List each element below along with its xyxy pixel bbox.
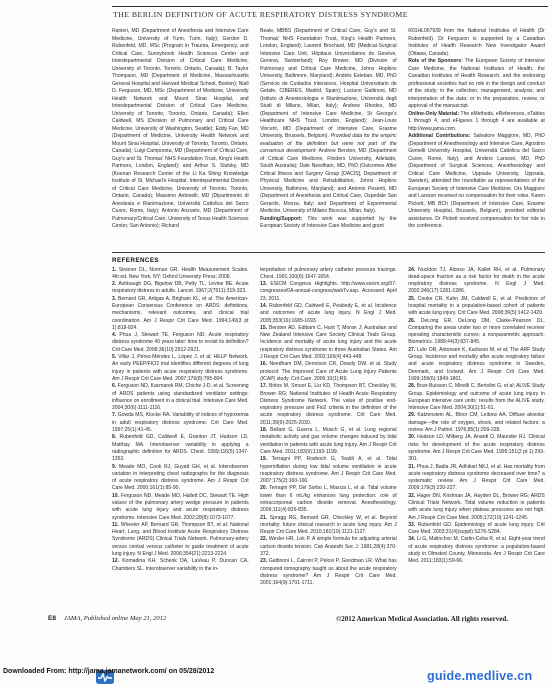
funding-support-continued: R01HL067939 from the National Institutes… [408, 28, 545, 57]
reference-item: 7. Gowda MS, Klocke RA. Variability of i… [112, 412, 249, 434]
reference-number: 16. [260, 361, 269, 367]
reference-number: 6. [112, 383, 118, 389]
reference-number: 5. [112, 354, 118, 360]
affiliations-text: Andrew Bersten, MD (Department of Critic… [260, 148, 397, 214]
affiliations-text: Beale, MBBS (Department of Critical Care… [260, 28, 397, 139]
reference-number: 14. [260, 303, 269, 309]
affiliations-text: Ranieri, MD (Department of Anesthesia an… [112, 28, 249, 229]
reference-item: 31. Phua J, Badia JR, Adhikari NKJ, et a… [408, 464, 545, 493]
reference-item: 15. Bersten AD, Edibam C, Hunt T, Moran … [260, 325, 397, 361]
reference-item: 24. Nuckton TJ, Alonso JA, Kallet RH, et… [408, 267, 545, 296]
reference-number: 12. [112, 558, 122, 564]
reference-item: 26. DeLong ER, DeLong DM, Clarke-Pearson… [408, 318, 545, 347]
reference-number: 34. [408, 536, 417, 542]
reference-item: 16. Needham DM, Dennison CR, Dowdy DW, e… [260, 361, 397, 383]
reference-number: 31. [408, 464, 417, 470]
reference-number: 1. [112, 267, 119, 273]
reference-number: 20. [260, 485, 269, 491]
reference-item: 22. Wexler HR, Lok P. A simple formula f… [260, 536, 397, 558]
running-head-rule [112, 6, 548, 7]
reference-number: 2. [112, 281, 118, 287]
reference-item: 12. Komadina KH, Schenk DA, LaVeau P, Du… [112, 558, 249, 573]
footer-copyright: ©2012 American Medical Association. All … [336, 615, 508, 623]
reference-number: 7. [112, 412, 118, 418]
reference-item: 5. Villar J, Pérez-Méndez L, López J, et… [112, 354, 249, 383]
additional-contributions-text: Salvatore Maggiore, MD, PhD (Department … [408, 133, 545, 229]
online-only-material-label: Online-Only Material: [408, 111, 459, 117]
footer-journal-line: JAMA, Published online May 21, 2012 [64, 615, 166, 622]
role-of-sponsors-text: The European Society of Intensive Care M… [408, 58, 545, 109]
reference-item: 10. Ferguson ND, Meade MO, Hallett DC, S… [112, 493, 249, 522]
reference-number: 9. [112, 464, 119, 470]
reference-item: 27. Luhr OR, Antonsen K, Karlsson M, et … [408, 347, 545, 383]
reference-item: 18. Bellani G, Guerra L, Musch G, et al.… [260, 427, 397, 456]
role-of-sponsors-label: Role of the Sponsors: [408, 58, 463, 64]
downloaded-from-stamp: Downloaded From: http://jama.jamanetwork… [3, 668, 214, 675]
affiliations-column-2: Beale, MBBS (Department of Critical Care… [260, 28, 397, 247]
references-section: 1. Streiner DL, Norman GR. Health Measur… [112, 267, 545, 613]
reference-item: 33. Rubenfeld GD. Epidemiology of acute … [408, 522, 545, 537]
reference-number: 29. [408, 412, 417, 418]
funding-support-label: Funding/Support: [260, 216, 302, 222]
references-heading: REFERENCES [112, 257, 159, 264]
reference-number: 8. [112, 434, 120, 440]
reference-number: 23. [260, 558, 269, 564]
references-column-1: 1. Streiner DL, Norman GR. Health Measur… [112, 267, 249, 613]
running-head: THE BERLIN DEFINITION OF ACUTE RESPIRATO… [113, 10, 549, 19]
reference-item: 20. Terragni PP, Del Sorbo L, Mascia L, … [260, 485, 397, 514]
reference-number: 19. [260, 456, 272, 462]
affiliations-section: Ranieri, MD (Department of Anesthesia an… [112, 28, 545, 247]
additional-contributions-label: Additional Contributions: [408, 133, 470, 139]
reference-number: 32. [408, 493, 417, 499]
reference-number: 11. [112, 522, 121, 528]
reference-item: 21. Spragg RG, Bernard GR, Checkley W, e… [260, 515, 397, 537]
journal-page: THE BERLIN DEFINITION OF ACUTE RESPIRATO… [0, 0, 553, 684]
reference-item: 3. Bernard GR, Artigas A, Brigham KL, et… [112, 296, 249, 332]
reference-number: 22. [260, 536, 269, 542]
reference-item: 19. Terragni PP, Rosboch G, Tealdi A, et… [260, 456, 397, 485]
reference-number: 21. [260, 515, 270, 521]
reference-item: 14. Rubenfeld GD, Caldwell E, Peabody E,… [260, 303, 397, 325]
reference-item: 1. Streiner DL, Norman GR. Health Measur… [112, 267, 249, 282]
reference-number: 24. [408, 267, 418, 273]
reference-number: 15. [260, 325, 269, 331]
reference-number: 18. [260, 427, 270, 433]
reference-item: 6. Ferguson ND, Kacmarek RM, Chiche J-D,… [112, 383, 249, 412]
reference-item: 17. Britos M, Smoot E, Liu KD, Thompson … [260, 383, 397, 427]
reference-item: 23. Gattinoni L, Caironi P, Pelosi P, Go… [260, 558, 397, 587]
reference-number: 4. [112, 332, 119, 338]
reference-number: 33. [408, 522, 418, 528]
reference-item: 25. Cooke CR, Kahn JM, Caldwell E, et al… [408, 296, 545, 318]
reference-item: 29. Katzenstein AL, Bloor CM, Leibow AA.… [408, 412, 545, 434]
reference-number: 28. [408, 383, 417, 389]
reference-item: 2. Ashbaugh DG, Bigelow DB, Petty TL, Le… [112, 281, 249, 296]
reference-number: 3. [112, 296, 118, 302]
section-divider-rule [112, 252, 545, 253]
reference-item: 13. ESICM Congress Highlights. http://ww… [260, 281, 397, 303]
reference-item: 34. Li G, Malinchoc M, Cartin-Ceba R, et… [408, 536, 545, 565]
reference-item: 32. Hager DN, Krishnan JA, Hayden DL, Br… [408, 493, 545, 522]
reference-number: 25. [408, 296, 418, 302]
reference-number: 10. [112, 493, 121, 499]
reference-number: 13. [260, 281, 270, 287]
reference-item: terpretation of pulmonary artery cathete… [260, 267, 397, 282]
reference-item: 9. Meade MO, Cook RJ, Guyatt GH, et al. … [112, 464, 249, 493]
references-column-2: terpretation of pulmonary artery cathete… [260, 267, 397, 613]
reference-item: 28. Brun-Buisson C, Minelli C, Bertolini… [408, 383, 545, 412]
reference-number: 30. [408, 434, 417, 440]
affiliations-column-3: R01HL067939 from the National Institutes… [408, 28, 545, 247]
footer-page-number: E8 [48, 615, 56, 622]
footer-left: E8 JAMA, Published online May 21, 2012 [48, 615, 166, 622]
reference-item: 30. Hudson LD, Milberg JA, Anardi D, Mau… [408, 434, 545, 463]
reference-number: 17. [260, 383, 269, 389]
affiliations-column-1: Ranieri, MD (Department of Anesthesia an… [112, 28, 249, 247]
reference-number: 26. [408, 318, 421, 324]
guide-medlive-link[interactable]: guide.medlive.cn [427, 669, 532, 683]
reference-item: 8. Rubenfeld GD, Caldwell E, Granton JT,… [112, 434, 249, 463]
references-column-3: 24. Nuckton TJ, Alonso JA, Kallet RH, et… [408, 267, 545, 613]
reference-item: 4. Phua J, Stewart TE, Ferguson ND. Acut… [112, 332, 249, 354]
reference-number: 27. [408, 347, 417, 353]
reference-item: 11. Wheeler AP, Bernard GR, Thompson BT,… [112, 522, 249, 558]
